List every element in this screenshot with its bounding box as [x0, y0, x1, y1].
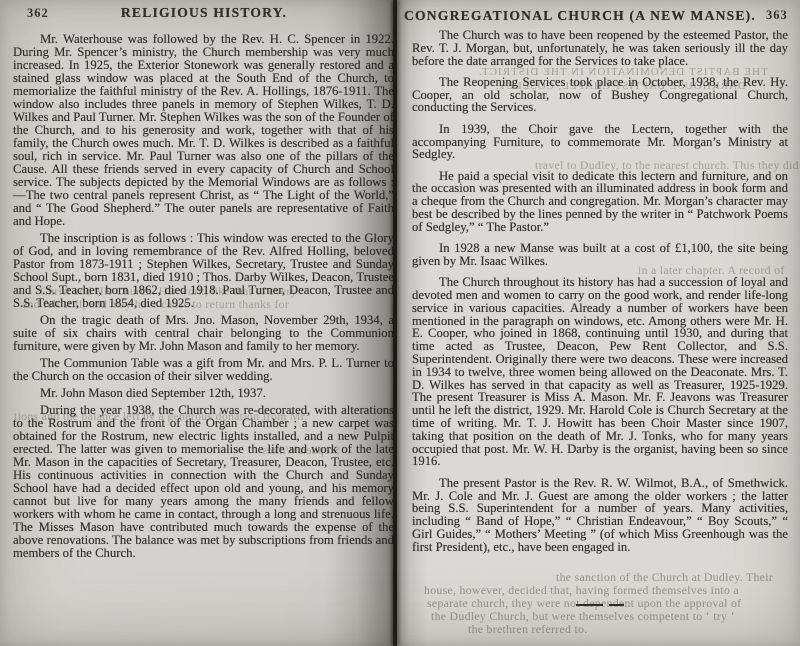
paragraph: In 1939, the Choir gave the Lectern, tog…	[412, 123, 788, 161]
paragraph: The inscription is as follows : This win…	[13, 232, 394, 310]
left-page-body: Mr. Waterhouse was followed by the Rev. …	[13, 33, 394, 564]
paragraph: During the year 1938, the Church was re-…	[13, 404, 394, 560]
page-number-right: 363	[766, 8, 788, 23]
right-page-body: The Church was to have been reopened by …	[412, 29, 788, 562]
paragraph: The present Pastor is the Rev. R. W. Wil…	[412, 477, 788, 554]
running-head-left: RELIGIOUS HISTORY.	[13, 5, 395, 21]
running-head-right: CONGREGATIONAL CHURCH (A NEW MANSE).	[404, 8, 756, 24]
paragraph: Mr. John Mason died September 12th, 1937…	[13, 387, 394, 400]
book-gutter	[393, 0, 397, 646]
section-end-rule	[412, 604, 788, 606]
paragraph: The Church throughout its history has ha…	[412, 276, 788, 468]
paragraph: The Church was to have been reopened by …	[412, 29, 788, 67]
end-rule-dash	[576, 604, 603, 606]
paragraph: The Communion Table was a gift from Mr. …	[13, 357, 394, 383]
paragraph: The Reopening Services took place in Oct…	[412, 76, 788, 114]
paragraph: In 1928 a new Manse was built at a cost …	[412, 242, 788, 268]
paragraph: Mr. Waterhouse was followed by the Rev. …	[13, 33, 394, 228]
paragraph: He paid a special visit to dedicate this…	[412, 170, 788, 234]
book-scan: Christ and His Church. His work, like th…	[0, 0, 800, 646]
paragraph: On the tragic death of Mrs. Jno. Mason, …	[13, 314, 394, 353]
end-rule-dash	[609, 604, 624, 606]
